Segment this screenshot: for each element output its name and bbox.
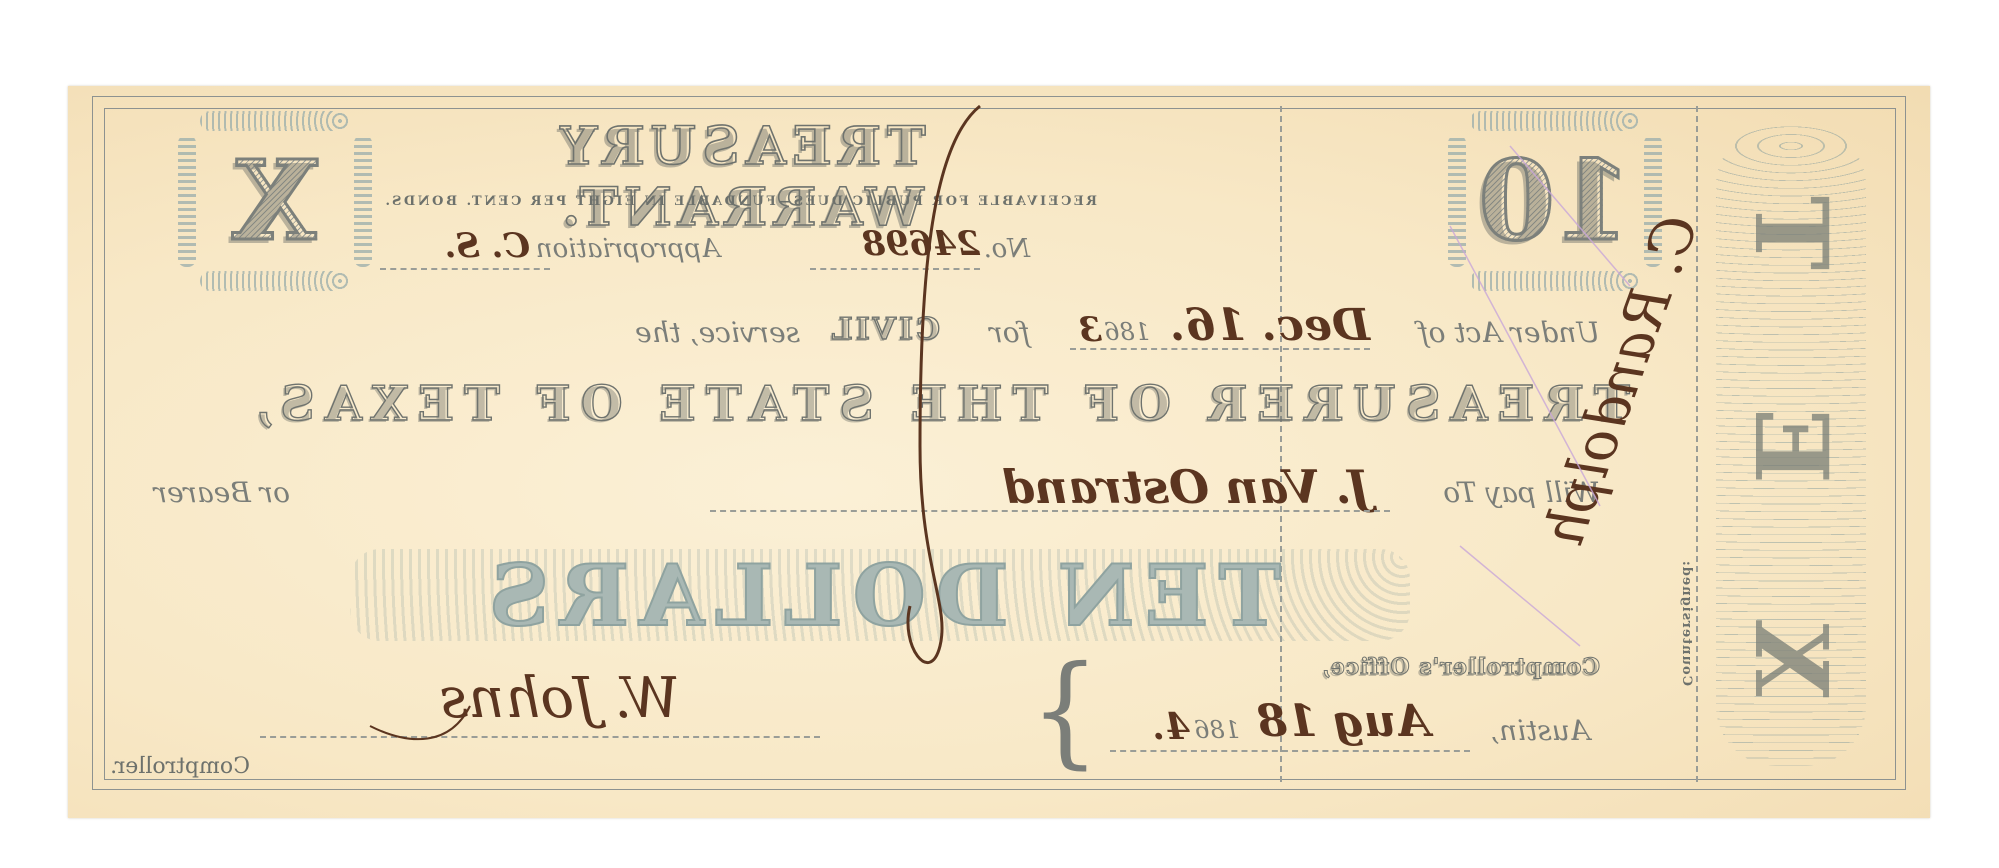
ink-stroke (908, 106, 980, 663)
ink-flourishes (68, 86, 1930, 818)
treasury-warrant: T E X Countersigned: X 10 TREASURY WARRA… (68, 86, 1930, 818)
mirrored-content: T E X Countersigned: X 10 TREASURY WARRA… (68, 86, 1930, 818)
purple-mark (1450, 146, 1630, 646)
ink-stroke (370, 706, 470, 739)
